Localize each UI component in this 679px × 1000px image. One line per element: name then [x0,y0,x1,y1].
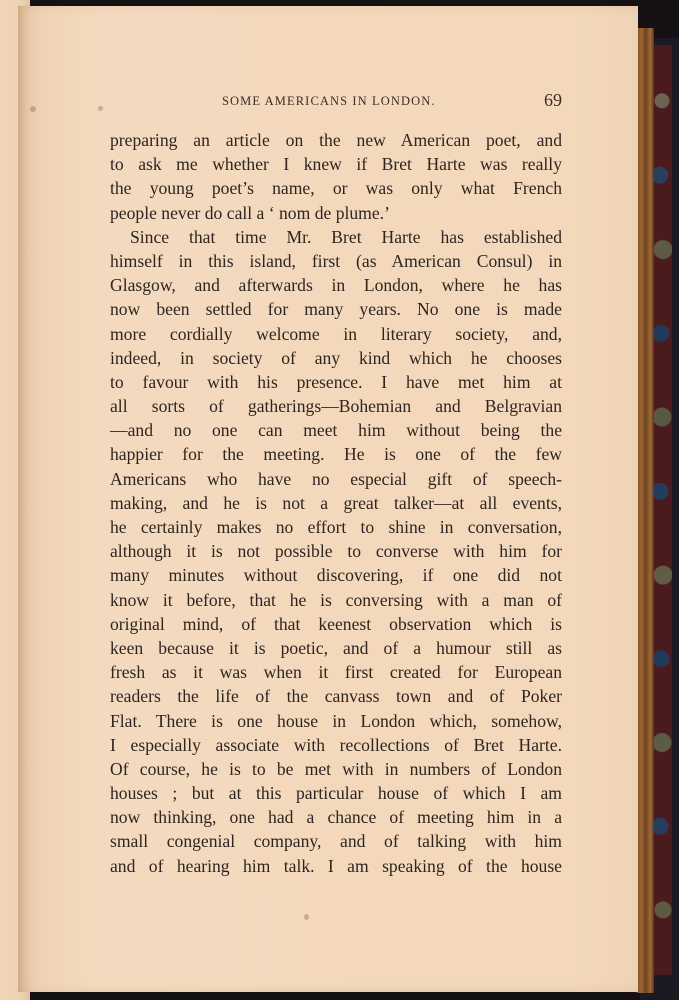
text-line: people never do call a ‘ nom de plume.’ [110,201,562,225]
text-line: himself in this island, first (as Americ… [110,249,562,273]
text-line: all sorts of gatherings—Bohemian and Bel… [110,394,562,418]
text-line: Since that time Mr. Bret Harte has estab… [110,225,562,249]
text-line: —and no one can meet him without being t… [110,418,562,442]
text-line: making, and he is not a great talker—at … [110,491,562,515]
text-line: fresh as it was when it first created fo… [110,660,562,684]
page-number: 69 [544,90,562,111]
marbled-endpaper-edge [652,45,672,975]
text-line: I especially associate with recollection… [110,733,562,757]
text-line: more cordially welcome in literary socie… [110,322,562,346]
text-line: to ask me whether I knew if Bret Harte w… [110,152,562,176]
text-line: he certainly makes no effort to shine in… [110,515,562,539]
text-line: Of course, he is to be met with in numbe… [110,757,562,781]
paper-speck [98,106,103,111]
text-line: houses ; but at this particular house of… [110,781,562,805]
running-header: SOME AMERICANS IN LONDON. 69 [110,90,562,114]
text-line: original mind, of that keenest observati… [110,612,562,636]
text-line: many minutes without discovering, if one… [110,563,562,587]
page-block-edges [636,28,654,993]
text-line: although it is not possible to converse … [110,539,562,563]
paper-speck [304,914,309,920]
text-line: to favour with his presence. I have met … [110,370,562,394]
text-line: readers the life of the canvass town and… [110,684,562,708]
text-line: happier for the meeting. He is one of th… [110,442,562,466]
book-page: SOME AMERICANS IN LONDON. 69 preparing a… [18,6,638,992]
text-line: the young poet’s name, or was only what … [110,176,562,200]
text-line: Flat. There is one house in London which… [110,709,562,733]
text-line: and of hearing him talk. I am speaking o… [110,854,562,878]
text-line: Glasgow, and afterwards in London, where… [110,273,562,297]
text-line: now thinking, one had a chance of meetin… [110,805,562,829]
text-line: small congenial company, and of talking … [110,829,562,853]
body-text: preparing an article on the new American… [110,128,562,878]
text-line: now been settled for many years. No one … [110,297,562,321]
book-photo: SOME AMERICANS IN LONDON. 69 preparing a… [0,0,679,1000]
text-line: keen because it is poetic, and of a humo… [110,636,562,660]
running-title: SOME AMERICANS IN LONDON. [222,94,436,109]
text-line: Americans who have no especial gift of s… [110,467,562,491]
text-line: know it before, that he is conversing wi… [110,588,562,612]
text-line: indeed, in society of any kind which he … [110,346,562,370]
text-line: preparing an article on the new American… [110,128,562,152]
paper-speck [30,106,36,112]
